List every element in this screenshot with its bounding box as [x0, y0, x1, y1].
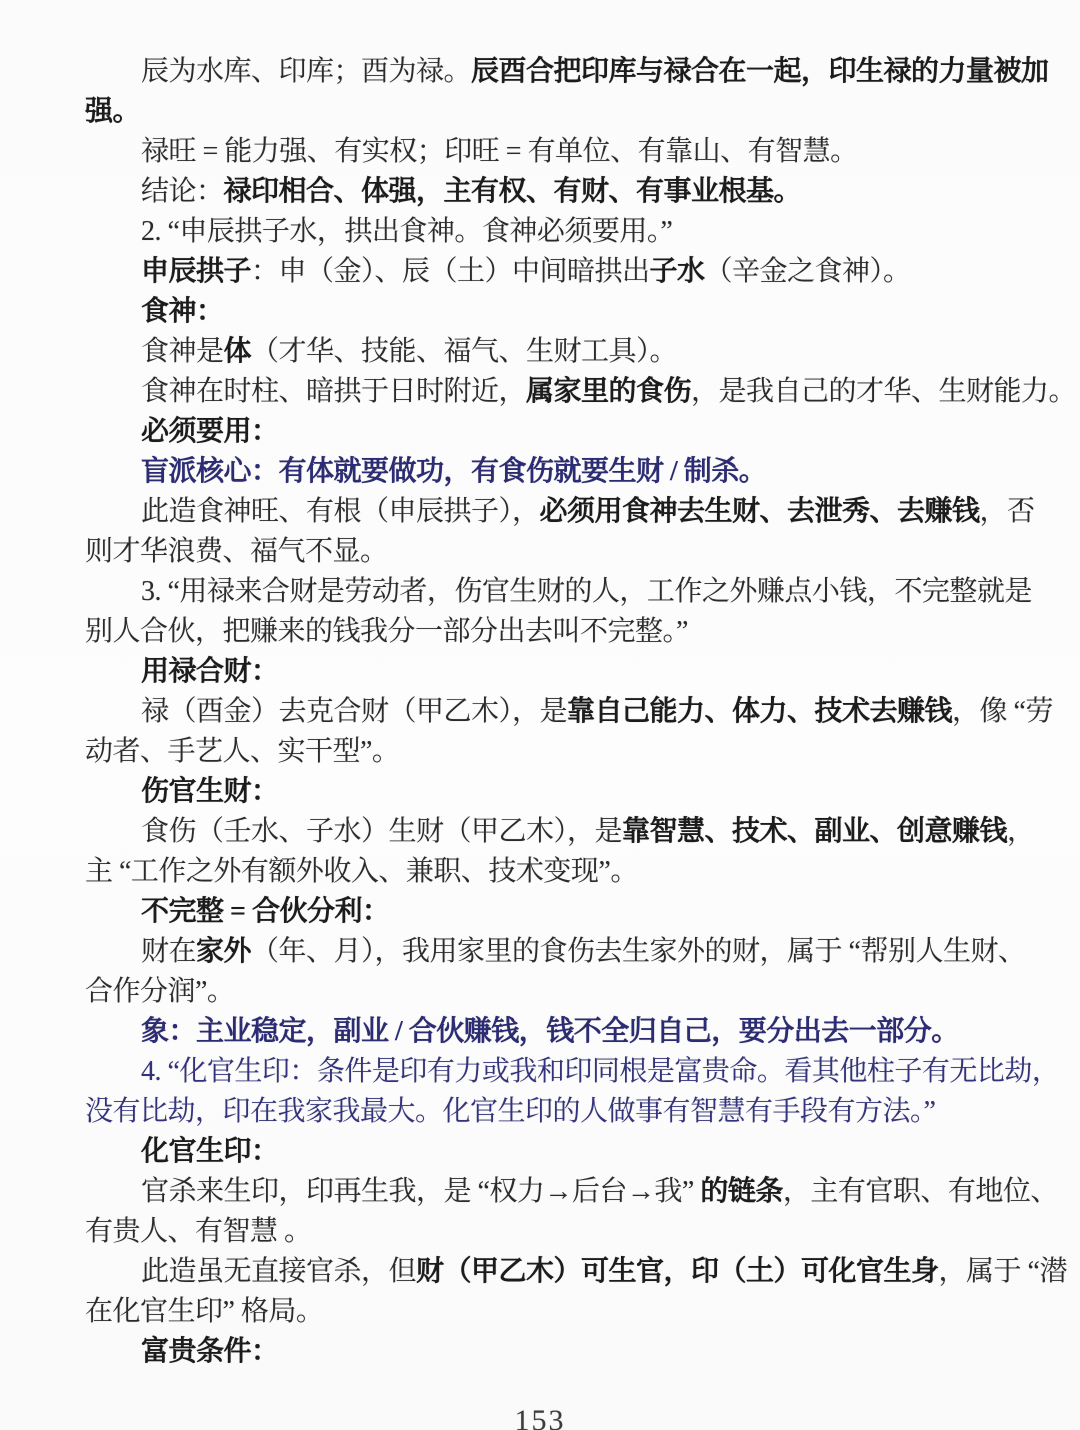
text-run: 3. “用禄来合财是劳动者，伤官生财的人，工作之外赚点小钱，不完整就是 — [141, 576, 1032, 607]
text-run: 食神在时柱、暗拱于日时附近， — [141, 376, 526, 407]
text-run: 此造虽无直接官杀，但 — [141, 1256, 416, 1287]
text-line: 则才华浪费、福气不显。 — [85, 532, 1015, 572]
text-run: 禄（酉金）去克合财（甲乙木），是 — [141, 696, 567, 727]
text-line: 此造食神旺、有根（申辰拱子），必须用食神去生财、去泄秀、去赚钱，否 — [85, 492, 1015, 532]
text-line: 2. “申辰拱子水，拱出食神。食神必须要用。” — [85, 212, 1015, 252]
text-run: 子水 — [650, 256, 705, 287]
text-line: 财在家外（年、月），我用家里的食伤去生家外的财，属于 “帮别人生财、 — [85, 932, 1015, 972]
text-line: 食伤（壬水、子水）生财（甲乙木），是靠智慧、技术、副业、创意赚钱， — [85, 812, 1015, 852]
text-line: 申辰拱子：申（金）、辰（土）中间暗拱出子水（辛金之食神）。 — [85, 252, 1015, 292]
text-line: 没有比劫，印在我家我最大。化官生印的人做事有智慧有手段有方法。” — [85, 1092, 1015, 1132]
page-number: 153 — [0, 1404, 1080, 1430]
document-page: 辰为水库、印库；酉为禄。辰酉合把印库与禄合在一起，印生禄的力量被加强。禄旺 = … — [0, 0, 1080, 1430]
text-line: 食神在时柱、暗拱于日时附近，属家里的食伤，是我自己的才华、生财能力。 — [85, 372, 1015, 412]
text-run: 盲派核心： — [141, 456, 279, 487]
text-run: 化官生印： — [141, 1136, 279, 1167]
text-line: 别人合伙，把赚来的钱我分一部分出去叫不完整。” — [85, 612, 1015, 652]
text-line: 禄旺 = 能力强、有实权；印旺 = 有单位、有靠山、有智慧。 — [85, 132, 1015, 172]
text-run: 结论： — [141, 176, 224, 207]
text-run: ，否 — [980, 496, 1035, 527]
text-line: 动者、手艺人、实干型”。 — [85, 732, 1015, 772]
text-run: （才华、技能、福气、生财工具）。 — [251, 336, 677, 367]
text-run: 属家里的食伤 — [526, 376, 691, 407]
text-content: 辰为水库、印库；酉为禄。辰酉合把印库与禄合在一起，印生禄的力量被加强。禄旺 = … — [85, 52, 1015, 1372]
text-run: 必须用食神去生财、去泄秀、去赚钱 — [540, 496, 980, 527]
text-run: 在化官生印” 格局。 — [85, 1296, 323, 1327]
text-run: （辛金之食神）。 — [705, 256, 911, 287]
text-run: 必须要用： — [141, 416, 279, 447]
text-run: 主业稳定，副业 / 合伙赚钱，钱不全归自己，要分出去一部分。 — [196, 1016, 959, 1047]
text-run: ，主有官职、有地位、 — [783, 1176, 1058, 1207]
text-run: 有贵人、有智慧 。 — [85, 1216, 312, 1247]
text-line: 富贵条件： — [85, 1332, 1015, 1372]
text-run: ：申（金）、辰（土）中间暗拱出 — [251, 256, 650, 287]
text-run: 主 “工作之外有额外收入、兼职、技术变现”。 — [85, 856, 638, 887]
text-line: 主 “工作之外有额外收入、兼职、技术变现”。 — [85, 852, 1015, 892]
text-line: 象：主业稳定，副业 / 合伙赚钱，钱不全归自己，要分出去一部分。 — [85, 1012, 1015, 1052]
text-run: 禄旺 = 能力强、有实权；印旺 = 有单位、有靠山、有智慧。 — [141, 136, 858, 167]
text-line: 有贵人、有智慧 。 — [85, 1212, 1015, 1252]
text-line: 在化官生印” 格局。 — [85, 1292, 1015, 1332]
text-run: （年、月），我用家里的食伤去生家外的财，属于 “帮别人生财、 — [251, 936, 1025, 967]
text-line: 辰为水库、印库；酉为禄。辰酉合把印库与禄合在一起，印生禄的力量被加 — [85, 52, 1015, 92]
text-run: 食神是 — [141, 336, 224, 367]
text-run: 禄印相合、体强，主有权、有财、有事业根基。 — [224, 176, 802, 207]
text-line: 用禄合财： — [85, 652, 1015, 692]
text-run: 财（甲乙木）可生官，印（土）可化官生身 — [416, 1256, 939, 1287]
text-run: ，是我自己的才华、生财能力。 — [691, 376, 1076, 407]
text-run: 别人合伙，把赚来的钱我分一部分出去叫不完整。” — [85, 616, 688, 647]
text-run: 伤官生财： — [141, 776, 279, 807]
text-run: 没有比劫，印在我家我最大。化官生印的人做事有智慧有手段有方法。” — [85, 1096, 935, 1127]
text-line: 化官生印： — [85, 1132, 1015, 1172]
text-run: 食伤（壬水、子水）生财（甲乙木），是 — [141, 816, 622, 847]
text-line: 禄（酉金）去克合财（甲乙木），是靠自己能力、体力、技术去赚钱，像 “劳 — [85, 692, 1015, 732]
text-run: 4. “化官生印：条件是印有力或我和印同根是富贵命。看其他柱子有无比劫， — [141, 1056, 1059, 1087]
text-run: ，属于 “潜 — [939, 1256, 1067, 1287]
text-run: 官杀来生印，印再生我，是 “权力→后台→我” — [141, 1176, 700, 1207]
text-line: 4. “化官生印：条件是印有力或我和印同根是富贵命。看其他柱子有无比劫， — [85, 1052, 1015, 1092]
text-run: 靠智慧、技术、副业、创意赚钱 — [622, 816, 1007, 847]
text-line: 官杀来生印，印再生我，是 “权力→后台→我” 的链条，主有官职、有地位、 — [85, 1172, 1015, 1212]
text-run: 家外 — [196, 936, 251, 967]
text-run: 申辰拱子 — [141, 256, 251, 287]
text-run: 体 — [224, 336, 252, 367]
text-run: ，像 “劳 — [952, 696, 1053, 727]
text-run: 合作分润”。 — [85, 976, 234, 1007]
text-line: 食神是体（才华、技能、福气、生财工具）。 — [85, 332, 1015, 372]
text-run: 辰为水库、印库；酉为禄。 — [141, 56, 471, 87]
text-run: 2. “申辰拱子水，拱出食神。食神必须要用。” — [141, 216, 672, 247]
text-line: 3. “用禄来合财是劳动者，伤官生财的人，工作之外赚点小钱，不完整就是 — [85, 572, 1015, 612]
text-run: 靠自己能力、体力、技术去赚钱 — [567, 696, 952, 727]
text-run: 不完整 = 合伙分利： — [141, 896, 389, 927]
text-line: 伤官生财： — [85, 772, 1015, 812]
text-line: 强。 — [85, 92, 1015, 132]
text-line: 合作分润”。 — [85, 972, 1015, 1012]
text-run: 强。 — [85, 96, 140, 127]
text-line: 不完整 = 合伙分利： — [85, 892, 1015, 932]
text-run: 富贵条件： — [141, 1336, 279, 1367]
text-run: ， — [1007, 816, 1035, 847]
text-run: 象： — [141, 1016, 196, 1047]
text-run: 食神： — [141, 296, 224, 327]
text-run: 财在 — [141, 936, 196, 967]
text-run: 用禄合财： — [141, 656, 279, 687]
text-run: 有体就要做功，有食伤就要生财 / 制杀。 — [279, 456, 767, 487]
text-run: 辰酉合把印库与禄合在一起，印生禄的力量被加 — [471, 56, 1049, 87]
text-line: 此造虽无直接官杀，但财（甲乙木）可生官，印（土）可化官生身，属于 “潜 — [85, 1252, 1015, 1292]
text-run: 则才华浪费、福气不显。 — [85, 536, 388, 567]
text-line: 食神： — [85, 292, 1015, 332]
text-line: 盲派核心：有体就要做功，有食伤就要生财 / 制杀。 — [85, 452, 1015, 492]
text-line: 结论：禄印相合、体强，主有权、有财、有事业根基。 — [85, 172, 1015, 212]
text-run: 的链条 — [700, 1176, 783, 1207]
text-run: 动者、手艺人、实干型”。 — [85, 736, 399, 767]
text-run: 此造食神旺、有根（申辰拱子）， — [141, 496, 540, 527]
text-line: 必须要用： — [85, 412, 1015, 452]
